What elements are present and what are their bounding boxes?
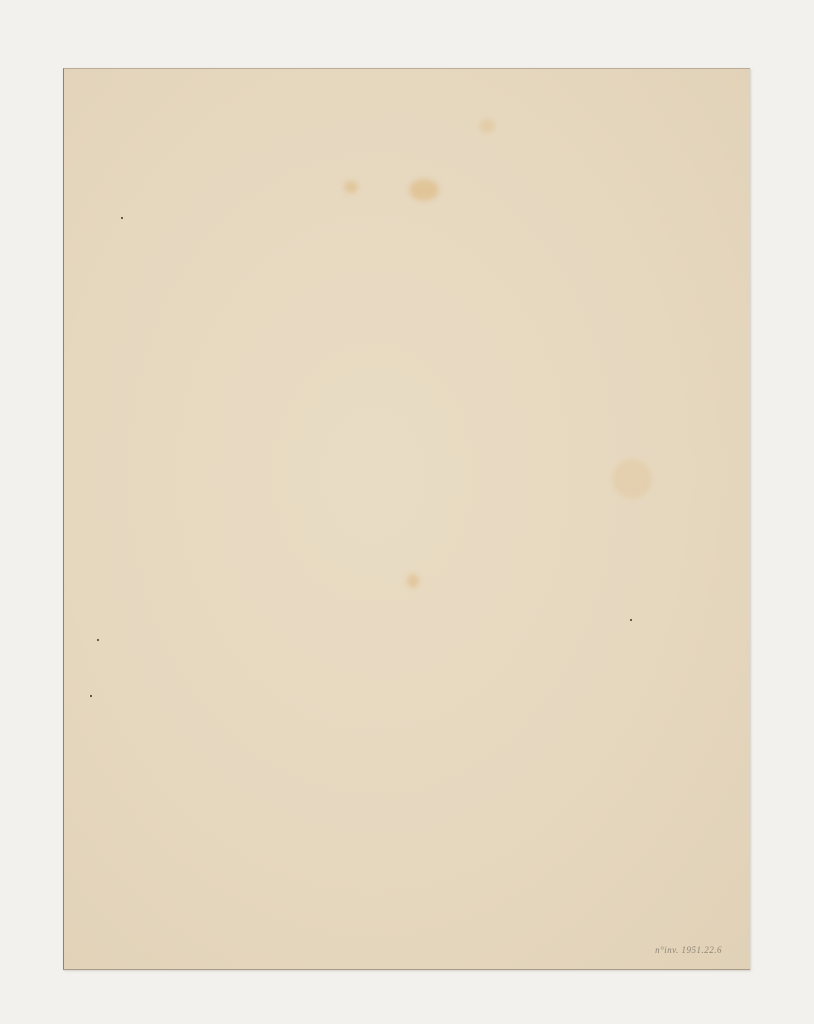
speck	[121, 217, 123, 219]
inventory-inscription: n°inv. 1951.22.6	[655, 945, 722, 955]
paper-sheet: n°inv. 1951.22.6	[63, 68, 750, 970]
foxing-stain	[409, 179, 439, 201]
speck	[97, 639, 99, 641]
speck	[90, 695, 92, 697]
foxing-stain	[407, 574, 419, 588]
foxing-stain	[612, 459, 652, 499]
speck	[630, 619, 632, 621]
foxing-stain	[344, 181, 358, 193]
foxing-stain	[479, 119, 495, 133]
